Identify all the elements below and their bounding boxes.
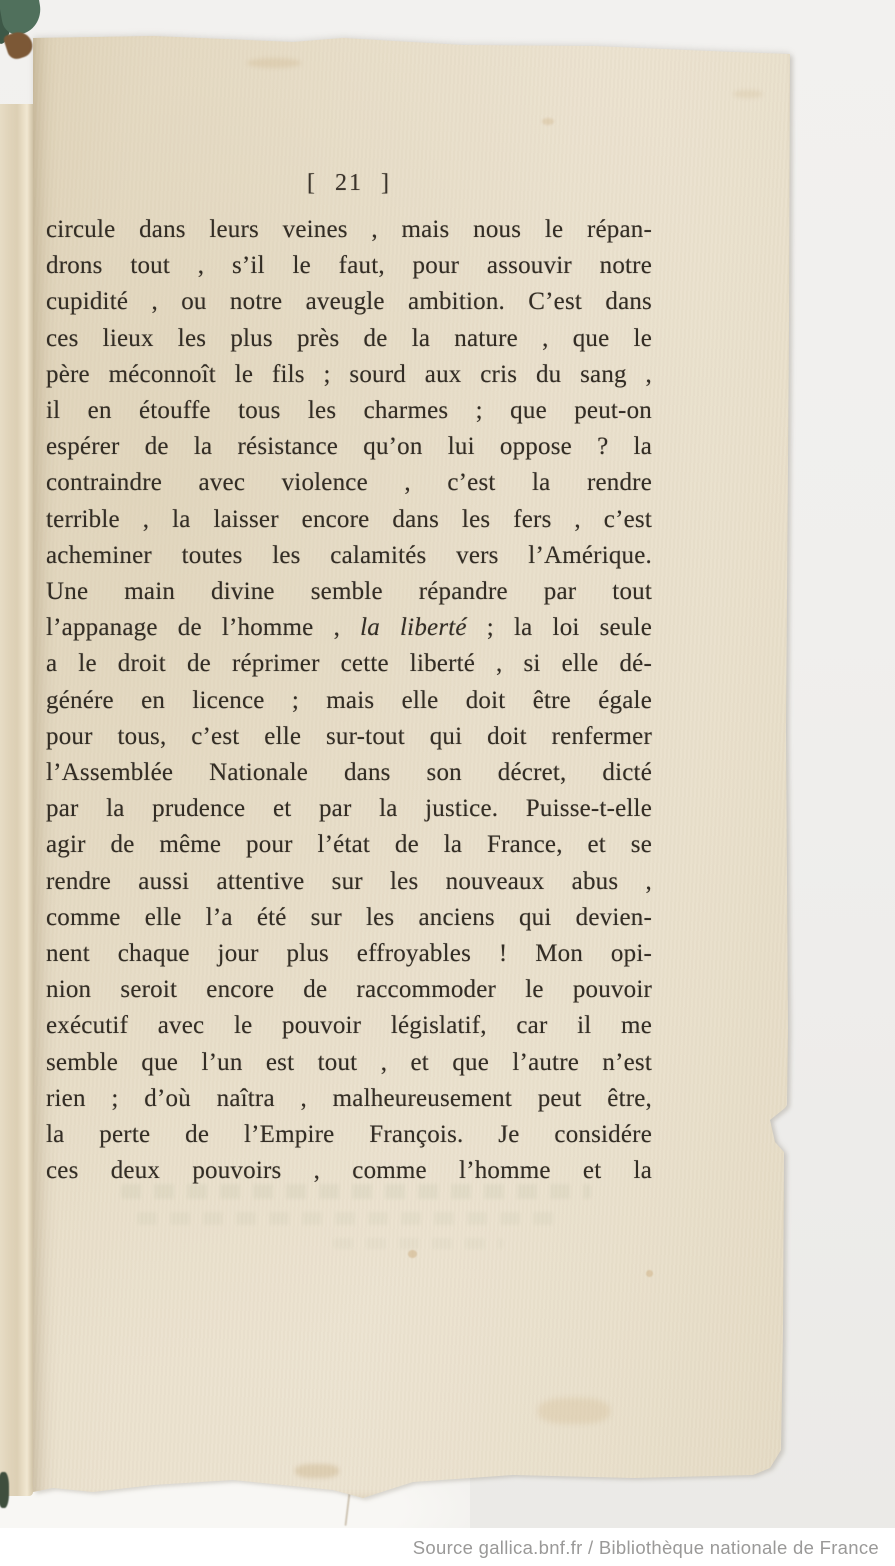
book-cover-edge [0, 1472, 9, 1508]
scanned-book-page: [ 21 ] circule dans leurs veines , mais … [0, 0, 895, 1566]
text-line: circule dans leurs veines , mais nous le… [46, 212, 652, 248]
text-line: génére en licence ; mais elle doit être … [46, 683, 652, 719]
gutter-page-edges [0, 104, 33, 1496]
foxing-stain [542, 118, 554, 125]
text-line: rendre aussi attentive sur les nouveaux … [46, 864, 652, 900]
text-line: contraindre avec violence , c’est la ren… [46, 465, 652, 501]
text-line: l’appanage de l’homme , la liberté ; la … [46, 610, 652, 646]
foxing-stain [538, 1398, 610, 1424]
body-text: circule dans leurs veines , mais nous le… [46, 212, 652, 1189]
text-line: nent chaque jour plus effroyables ! Mon … [46, 936, 652, 972]
foxing-stain [408, 1250, 417, 1258]
text-line: la perte de l’Empire François. Je consid… [46, 1117, 652, 1153]
bleed-through-text [137, 1212, 557, 1225]
attribution-bar: Source gallica.bnf.fr / Bibliothèque nat… [0, 1528, 895, 1566]
text-line: pour tous, c’est elle sur-tout qui doit … [46, 719, 652, 755]
text-segment: l’appanage de l’homme , [46, 614, 360, 641]
page-number: [ 21 ] [46, 170, 652, 197]
text-line: rien ; d’où naîtra , malheureusement peu… [46, 1081, 652, 1117]
bleed-through-text [333, 1238, 503, 1249]
text-line: semble que l’un est tout , et que l’autr… [46, 1045, 652, 1081]
text-line: cupidité , ou notre aveugle ambition. C’… [46, 284, 652, 320]
foxing-stain [733, 90, 763, 98]
text-line: nion seroit encore de raccommoder le pou… [46, 972, 652, 1008]
source-attribution: Source gallica.bnf.fr / Bibliothèque nat… [413, 1528, 879, 1566]
text-line: par la prudence et par la justice. Puiss… [46, 791, 652, 827]
text-line: terrible , la laisser encore dans les fe… [46, 502, 652, 538]
text-line: ces lieux les plus près de la nature , q… [46, 321, 652, 357]
foxing-stain [646, 1270, 653, 1277]
italic-phrase: la liberté [360, 614, 467, 641]
text-line: espérer de la résistance qu’on lui oppos… [46, 429, 652, 465]
text-line: a le droit de réprimer cette liberté , s… [46, 646, 652, 682]
text-line: agir de même pour l’état de la France, e… [46, 827, 652, 863]
text-line: exécutif avec le pouvoir législatif, car… [46, 1008, 652, 1044]
foxing-stain [295, 1464, 339, 1478]
text-line: ces deux pouvoirs , comme l’homme et la [46, 1153, 652, 1189]
text-line: père méconnoît le fils ; sourd aux cris … [46, 357, 652, 393]
text-line: Une main divine semble répandre par tout [46, 574, 652, 610]
foxing-stain [247, 58, 301, 68]
text-line: drons tout , s’il le faut, pour assouvir… [46, 248, 652, 284]
text-line: l’Assemblée Nationale dans son décret, d… [46, 755, 652, 791]
text-line: comme elle l’a été sur les anciens qui d… [46, 900, 652, 936]
text-segment: ; la loi seule [467, 614, 652, 641]
text-line: il en étouffe tous les charmes ; que peu… [46, 393, 652, 429]
text-line: acheminer toutes les calamités vers l’Am… [46, 538, 652, 574]
